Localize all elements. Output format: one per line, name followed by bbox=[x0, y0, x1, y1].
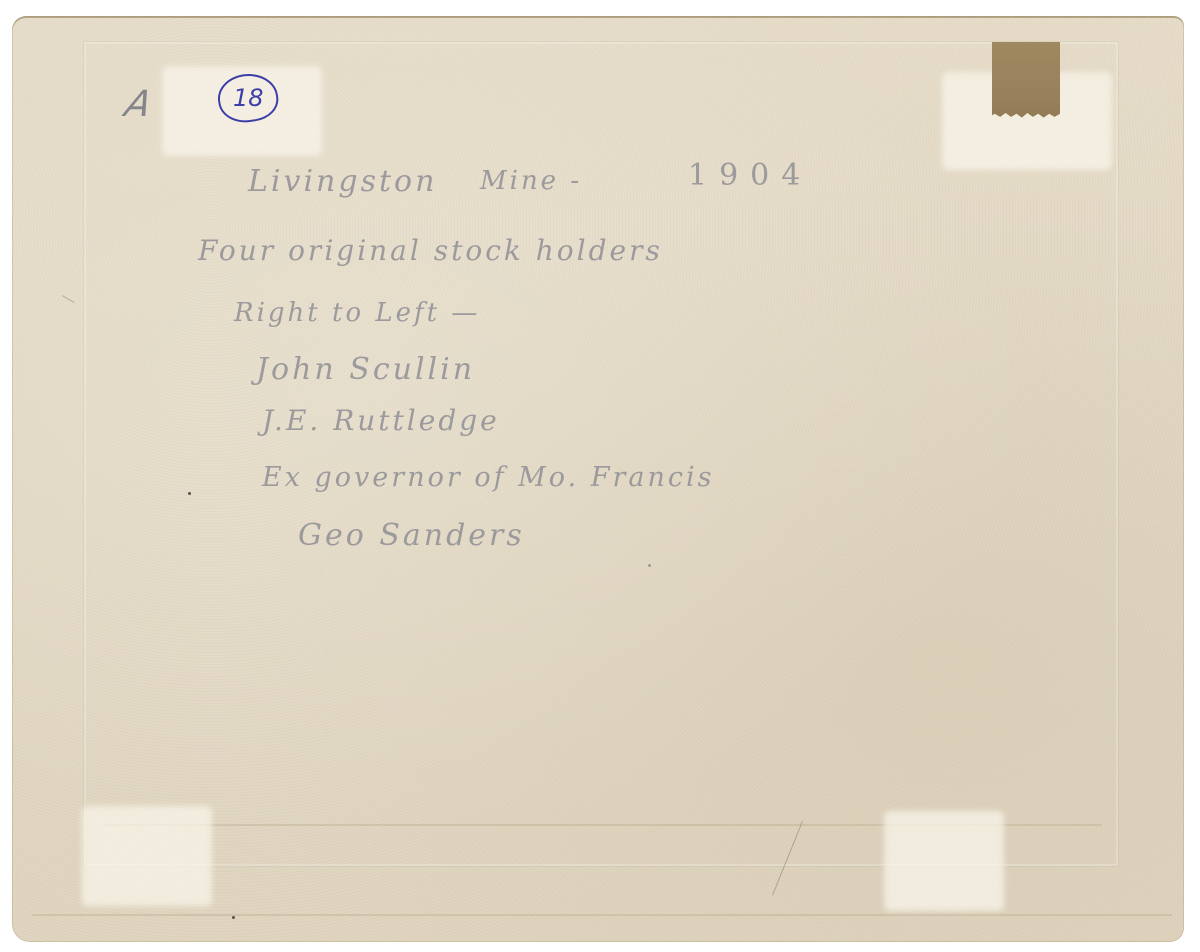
inscription-name-4: Geo Sanders bbox=[298, 518, 525, 553]
speck bbox=[188, 492, 191, 495]
inscription-place: Livingston bbox=[248, 164, 437, 199]
scratch-mark bbox=[62, 295, 75, 303]
inscription-name-2: J.E. Ruttledge bbox=[262, 404, 500, 437]
inscription-mine: Mine - bbox=[480, 166, 582, 196]
speck bbox=[648, 564, 651, 567]
scratch-mark bbox=[772, 821, 803, 896]
paper-tape-fragment bbox=[992, 42, 1060, 120]
embossed-line-bottom-2 bbox=[32, 914, 1172, 916]
catalog-number-circled: 18 bbox=[215, 70, 281, 126]
embossed-line-bottom-1 bbox=[102, 824, 1102, 826]
speck bbox=[232, 916, 235, 919]
embossed-border bbox=[84, 42, 1118, 866]
catalog-number-text: 18 bbox=[233, 84, 264, 112]
inscription-line-order: Right to Left — bbox=[234, 298, 480, 328]
inscription-name-3: Ex governor of Mo. Francis bbox=[262, 462, 715, 493]
inscription-year: 1904 bbox=[688, 158, 812, 193]
catalog-letter: A bbox=[121, 84, 156, 125]
inscription-line-stockholders: Four original stock holders bbox=[198, 234, 663, 267]
inscription-name-1: John Scullin bbox=[256, 352, 475, 387]
glue-residue-bottom-right bbox=[884, 811, 1004, 911]
photo-card-back: A 18 Livingston Mine - 1904 Four origina… bbox=[12, 16, 1184, 942]
glue-residue-bottom-left bbox=[82, 806, 212, 906]
